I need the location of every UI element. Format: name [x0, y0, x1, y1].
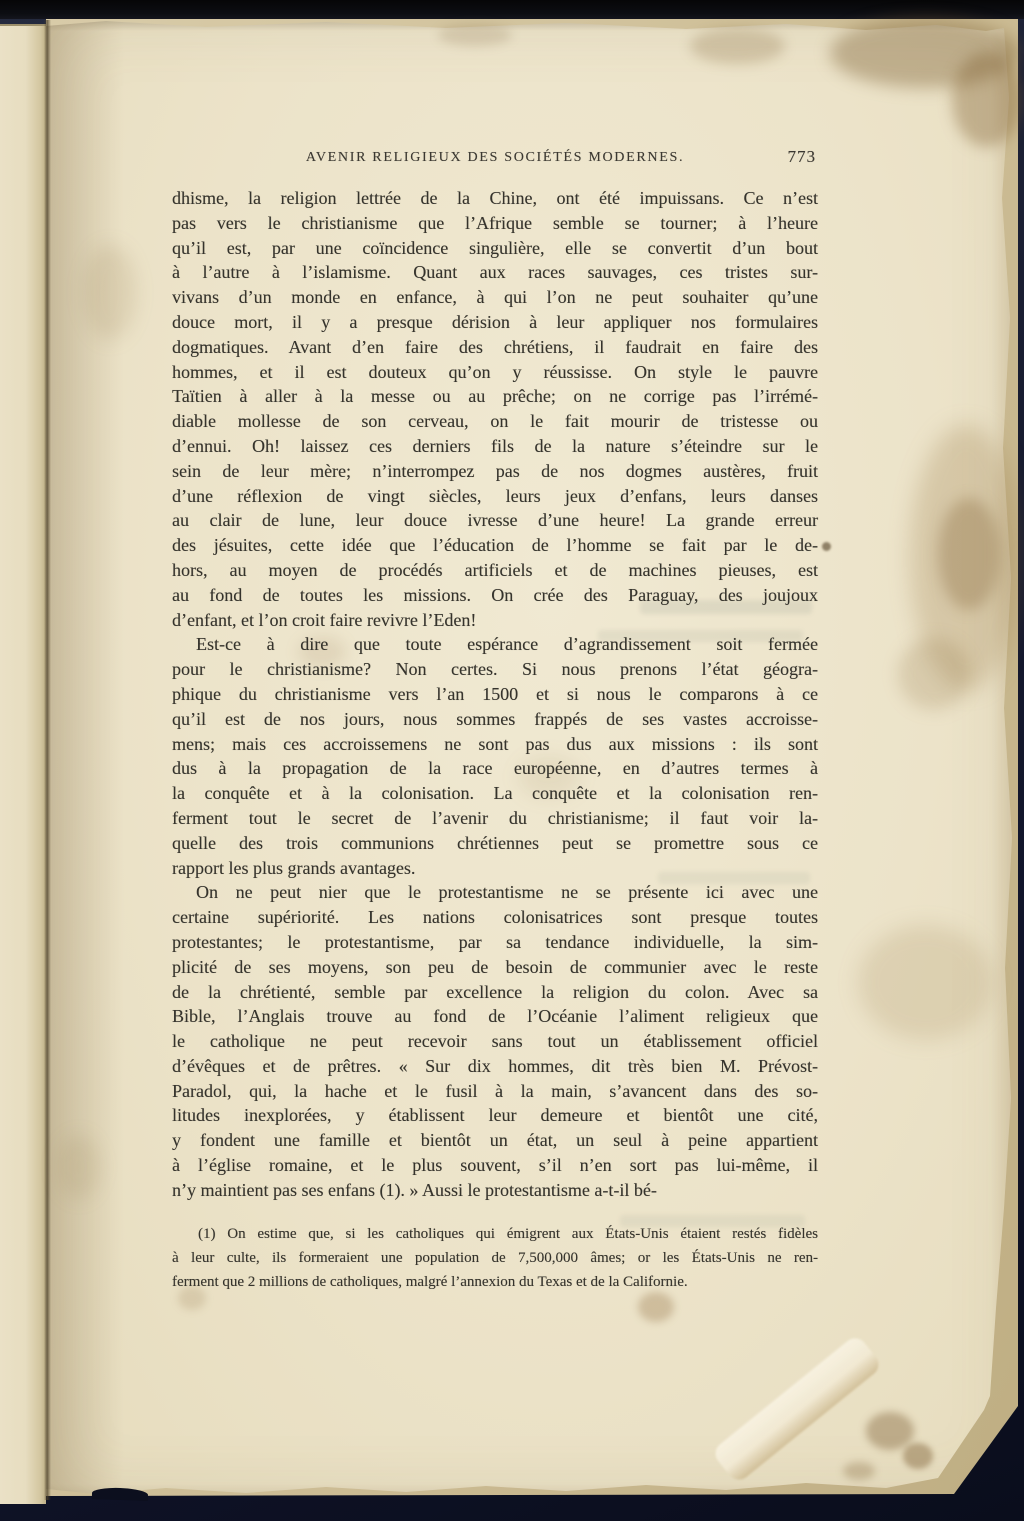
text-line: y fondent une famille et bientôt un état…	[172, 1128, 818, 1153]
text-line: d’ennui. Oh! laissez ces derniers fils d…	[172, 434, 818, 459]
text-line: le catholique ne peut recevoir sans tout…	[172, 1029, 818, 1054]
text-line: protestantes; le protestantisme, par sa …	[172, 930, 818, 955]
paragraph: On ne peut nier que le protestantisme ne…	[172, 880, 818, 1202]
text-line: On ne peut nier que le protestantisme ne…	[172, 880, 818, 905]
gutter-crease	[44, 20, 51, 1500]
text-line: plicité de ses moyens, son peu de besoin…	[172, 955, 818, 980]
text-line: mens; mais ces accroissemens ne sont pas…	[172, 732, 818, 757]
text-line: au clair de lune, leur douce ivresse d’u…	[172, 508, 818, 533]
text-line: d’évêques et de prêtres. « Sur dix homme…	[172, 1054, 818, 1079]
text-line: Bible, l’Anglais trouve au fond de l’Océ…	[172, 1004, 818, 1029]
text-line: à leur culte, ils formeraient une popula…	[172, 1246, 818, 1270]
text-line: certaine supériorité. Les nations coloni…	[172, 905, 818, 930]
text-line: qu’il est, par une coïncidence singulièr…	[172, 236, 818, 261]
text-line: diable mollesse de son cerveau, on le fa…	[172, 409, 818, 434]
facing-page-edge	[0, 24, 46, 1504]
body-text: dhisme, la religion lettrée de la Chine,…	[172, 186, 818, 1203]
text-line: pas vers le christianisme que l’Afrique …	[172, 211, 818, 236]
paragraph: (1) On estime que, si les catholiques qu…	[172, 1222, 818, 1294]
text-line: hommes, et il est douteux qu’on y réussi…	[172, 360, 818, 385]
book-cover-top-edge	[0, 0, 1024, 19]
text-line: Paradol, qui, la hache et le fusil à la …	[172, 1079, 818, 1104]
text-line: Taïtien à aller à la messe ou au prêche;…	[172, 384, 818, 409]
text-line: qu’il est de nos jours, nous sommes frap…	[172, 707, 818, 732]
text-line: litudes inexplorées, y établissent leur …	[172, 1103, 818, 1128]
text-line: la conquête et à la colonisation. La con…	[172, 781, 818, 806]
scanned-book-photo: AVENIR RELIGIEUX DES SOCIÉTÉS MODERNES. …	[0, 0, 1024, 1521]
text-line: au fond de toutes les missions. On crée …	[172, 583, 818, 608]
text-line: n’y maintient pas ses enfans (1). » Auss…	[172, 1178, 818, 1203]
text-line: pour le christianisme? Non certes. Si no…	[172, 657, 818, 682]
text-line: quelle des trois communions chrétiennes …	[172, 831, 818, 856]
text-line: sein de leur mère; n’interrompez pas de …	[172, 459, 818, 484]
text-line: dogmatiques. Avant d’en faire des chréti…	[172, 335, 818, 360]
text-line: ferment tout le secret de l’avenir du ch…	[172, 806, 818, 831]
text-line: des jésuites, cette idée que l’éducation…	[172, 533, 818, 558]
text-line: d’une réflexion de vingt siècles, leurs …	[172, 484, 818, 509]
printed-text: AVENIR RELIGIEUX DES SOCIÉTÉS MODERNES. …	[172, 148, 818, 1294]
text-line: de la chrétienté, semble par excellence …	[172, 980, 818, 1005]
text-line: phique du christianisme vers l’an 1500 e…	[172, 682, 818, 707]
paragraph: Est-ce à dire que toute espérance d’agra…	[172, 632, 818, 880]
text-line: (1) On estime que, si les catholiques qu…	[172, 1222, 818, 1246]
text-line: dus à la propagation de la race européen…	[172, 756, 818, 781]
page-number: 773	[788, 147, 817, 167]
text-line: à l’église romaine, et le plus souvent, …	[172, 1153, 818, 1178]
text-line: rapport les plus grands avantages.	[172, 856, 818, 881]
footnote: (1) On estime que, si les catholiques qu…	[172, 1222, 818, 1294]
text-line: à l’autre à l’islamisme. Quant aux races…	[172, 260, 818, 285]
paragraph: dhisme, la religion lettrée de la Chine,…	[172, 186, 818, 632]
text-line: Est-ce à dire que toute espérance d’agra…	[172, 632, 818, 657]
text-line: dhisme, la religion lettrée de la Chine,…	[172, 186, 818, 211]
text-line: d’enfant, et l’on croit faire revivre l’…	[172, 608, 818, 633]
text-line: douce mort, il y a presque dérision à le…	[172, 310, 818, 335]
running-head: AVENIR RELIGIEUX DES SOCIÉTÉS MODERNES. …	[172, 148, 818, 170]
text-line: vivans d’un monde en enfance, à qui l’on…	[172, 285, 818, 310]
text-line: ferment que 2 millions de catholiques, m…	[172, 1270, 818, 1294]
text-line: hors, au moyen de procédés artificiels e…	[172, 558, 818, 583]
running-title: AVENIR RELIGIEUX DES SOCIÉTÉS MODERNES.	[172, 148, 818, 168]
